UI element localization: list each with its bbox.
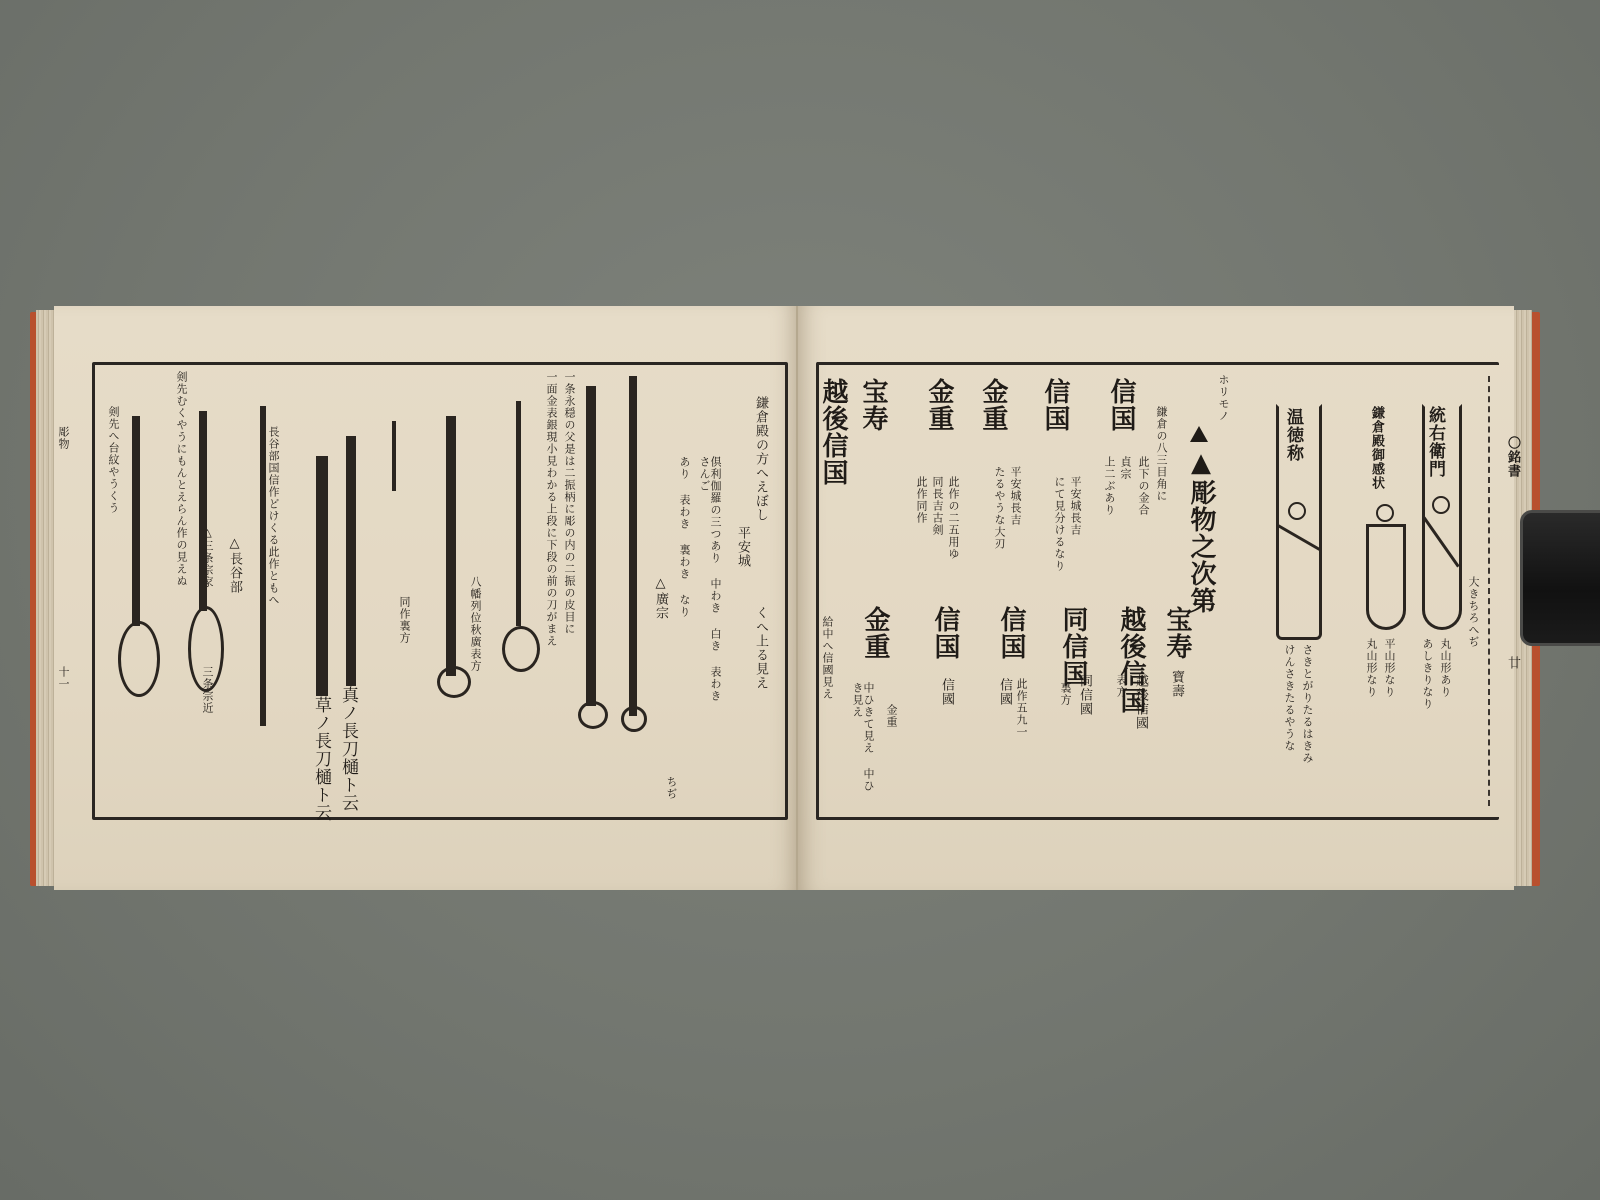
vajra-hilt xyxy=(118,621,160,697)
note: 上二ぶあり xyxy=(1104,456,1115,516)
nakago-2 xyxy=(1366,524,1406,630)
entry-label: 金重 xyxy=(886,704,897,728)
right-page: 〇銘書 廿 統右衛門 大きちろへぢ 丸山形あり あしきりなり 鎌倉殿御感状 平山… xyxy=(798,306,1514,890)
caption: 同作裏方 xyxy=(399,596,410,644)
small-sword-illustration xyxy=(392,421,396,491)
note: 平安城長吉 xyxy=(1010,466,1021,526)
kurikara-sword-illustration xyxy=(629,376,637,716)
so-naginata-groove xyxy=(316,456,328,696)
entry-sub: 表方 xyxy=(1116,674,1127,698)
sword-pommel xyxy=(578,701,608,729)
caption: 鎌倉殿の方へえぼし xyxy=(754,396,767,526)
nakago-signature: 鎌倉殿御感状 xyxy=(1370,406,1383,490)
sword-signature-glyph: 金重 xyxy=(862,606,888,660)
note: 同長吉古剣 xyxy=(932,476,943,536)
ken-vajra-illustration xyxy=(132,416,140,626)
nakago-signature: 統右衛門 xyxy=(1426,406,1443,478)
caption: 八幡列位秋廣表方 xyxy=(470,576,481,672)
ken-sankozuka-illustration xyxy=(199,411,207,611)
note: 此作の二五用ゆ xyxy=(948,476,959,560)
caption: 草ノ長刀樋ト云 xyxy=(312,696,329,822)
entry-sub: 此作五九一 xyxy=(1016,678,1027,738)
sword-signature-glyph: 信国 xyxy=(998,606,1024,660)
note: 平安城長吉 xyxy=(1070,476,1081,536)
entry-label: 越後信國 xyxy=(1134,674,1147,730)
nakago-caption: あしきりなり xyxy=(1422,638,1433,710)
caption: 一面金表銀現小見わかる上段に下段の前の刀がまえ xyxy=(546,371,557,811)
right-frame-dash xyxy=(1488,376,1490,806)
entry-label: 寶壽 xyxy=(1170,670,1183,698)
sword-signature-glyph: 信国 xyxy=(1042,378,1068,432)
note: 鎌倉の八三目角に xyxy=(1156,406,1167,502)
caption: あり 表わき 裏わき なり xyxy=(679,456,690,756)
vajra-hilt xyxy=(437,666,471,698)
section-ruby: ホリモノ xyxy=(1218,374,1229,422)
dragon-ken-illustration xyxy=(446,416,456,676)
note: 此作同作 xyxy=(916,476,927,524)
ken-sword-illustration xyxy=(516,401,521,626)
entry-label: 信國 xyxy=(998,678,1011,706)
vajra-hilt xyxy=(502,626,540,672)
entry-label: 同信國 xyxy=(1078,674,1091,716)
sword-pommel xyxy=(621,706,647,732)
nakago-caption: 平山形なり xyxy=(1384,638,1395,698)
shin-naginata-groove xyxy=(346,436,356,686)
left-page: 彫物 十一 鎌倉殿の方へえぼし 平安城 くへ上る見え 倶利伽羅の三つあり 中わき… xyxy=(54,306,798,890)
nakago-caption: けんさきたるやうな xyxy=(1284,644,1295,752)
left-margin-folio: 十一 xyxy=(58,666,69,690)
mekugi-hole xyxy=(1288,502,1306,520)
entry-label: 信國 xyxy=(940,678,953,706)
caption: 長谷部国信作どけくる此作ともへ xyxy=(268,426,279,726)
open-book: 彫物 十一 鎌倉殿の方へえぼし 平安城 くへ上る見え 倶利伽羅の三つあり 中わき… xyxy=(26,306,1540,890)
sword-signature-glyph: 越後信国 xyxy=(820,378,846,486)
note: 此下の金合 xyxy=(1138,456,1149,516)
sword-signature-glyph: 金重 xyxy=(980,378,1006,432)
sword-signature-glyph: 金重 xyxy=(926,378,952,432)
caption: △廣宗 xyxy=(654,576,667,620)
right-margin-title: 〇銘書 xyxy=(1506,436,1519,478)
caption: くへ上る見え xyxy=(754,606,767,690)
caption: 剣先むくやうにもんとえらん作の見えぬ xyxy=(176,371,187,791)
nakago-signature: 温徳称 xyxy=(1284,408,1301,462)
nakago-caption: さきとがりたるはきみ xyxy=(1302,644,1313,764)
page-clip xyxy=(1520,510,1600,646)
sword-signature-glyph: 宝寿 xyxy=(1164,606,1190,660)
section-heading: ▲彫物之次第 xyxy=(1188,448,1214,614)
left-margin-title: 彫物 xyxy=(58,426,69,450)
right-margin-folio: 廿 xyxy=(1506,656,1519,670)
triangle-marker-icon xyxy=(1190,426,1208,442)
caption: 倶利伽羅の三つあり 中わき 白き 表わき さんご xyxy=(699,456,721,716)
sword-signature-glyph: 宝寿 xyxy=(860,378,886,432)
caption: 剣先へ台紋やうくう xyxy=(108,406,119,606)
nakago-caption: 丸山形あり xyxy=(1440,638,1451,698)
trident-illustration xyxy=(260,406,266,726)
note: 給中へ信國見え xyxy=(822,616,833,796)
caption: 一条永穏の父是は二振柄に彫の内の二振の皮目に xyxy=(564,371,575,811)
nakago-caption: 丸山形なり xyxy=(1366,638,1377,698)
mekugi-hole xyxy=(1376,504,1394,522)
nakago-note: 大きちろへぢ xyxy=(1468,576,1479,648)
kurikara-dragon-illustration xyxy=(586,386,596,706)
entry-sub: 裏方 xyxy=(1060,682,1071,706)
sword-signature-glyph: 信国 xyxy=(932,606,958,660)
note: たるやうな大刃 xyxy=(994,466,1005,550)
caption: 真ノ長刀樋ト云 xyxy=(339,686,356,812)
caption: △長谷部 xyxy=(228,536,241,594)
caption: ちぢ xyxy=(666,776,677,800)
caption: 平安城 xyxy=(736,526,749,568)
entry-sub: 中ひきて見え 中ひき見え xyxy=(852,682,874,792)
note: 貞宗 xyxy=(1120,456,1131,480)
note: にて見分けるなり xyxy=(1054,476,1065,572)
mekugi-hole xyxy=(1432,496,1450,514)
sankozuka-hilt xyxy=(188,606,224,692)
sword-signature-glyph: 信国 xyxy=(1108,378,1134,432)
